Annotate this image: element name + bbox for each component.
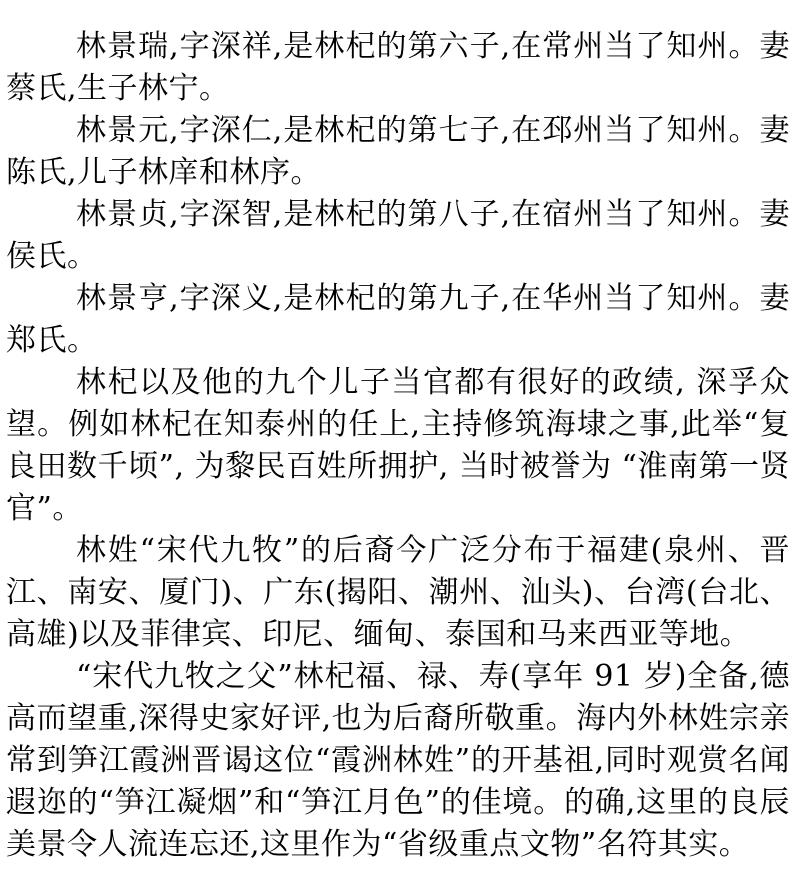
document-page: 林景瑞,字深祥,是林杞的第六子,在常州当了知州。妻蔡氏,生子林宁。 林景元,字深…: [0, 0, 800, 886]
paragraph-lin-jingzhen: 林景贞,字深智,是林杞的第八子,在宿州当了知州。妻侯氏。: [6, 194, 790, 278]
paragraph-political-achievements: 林杞以及他的九个儿子当官都有很好的政绩, 深孚众望。例如林杞在知泰州的任上,主持…: [6, 362, 790, 530]
paragraph-descendants-distribution: 林姓“宋代九牧”的后裔今广泛分布于福建(泉州、晋江、南安、厦门)、广东(揭阳、潮…: [6, 530, 790, 656]
paragraph-lin-jingrui: 林景瑞,字深祥,是林杞的第六子,在常州当了知州。妻蔡氏,生子林宁。: [6, 26, 790, 110]
paragraph-father-of-nine-governors: “宋代九牧之父”林杞福、禄、寿(享年 91 岁)全备,德高而望重,深得史家好评,…: [6, 656, 790, 866]
paragraph-lin-jingheng: 林景亨,字深义,是林杞的第九子,在华州当了知州。妻郑氏。: [6, 278, 790, 362]
paragraph-lin-jingyuan: 林景元,字深仁,是林杞的第七子,在邳州当了知州。妻陈氏,儿子林庠和林序。: [6, 110, 790, 194]
